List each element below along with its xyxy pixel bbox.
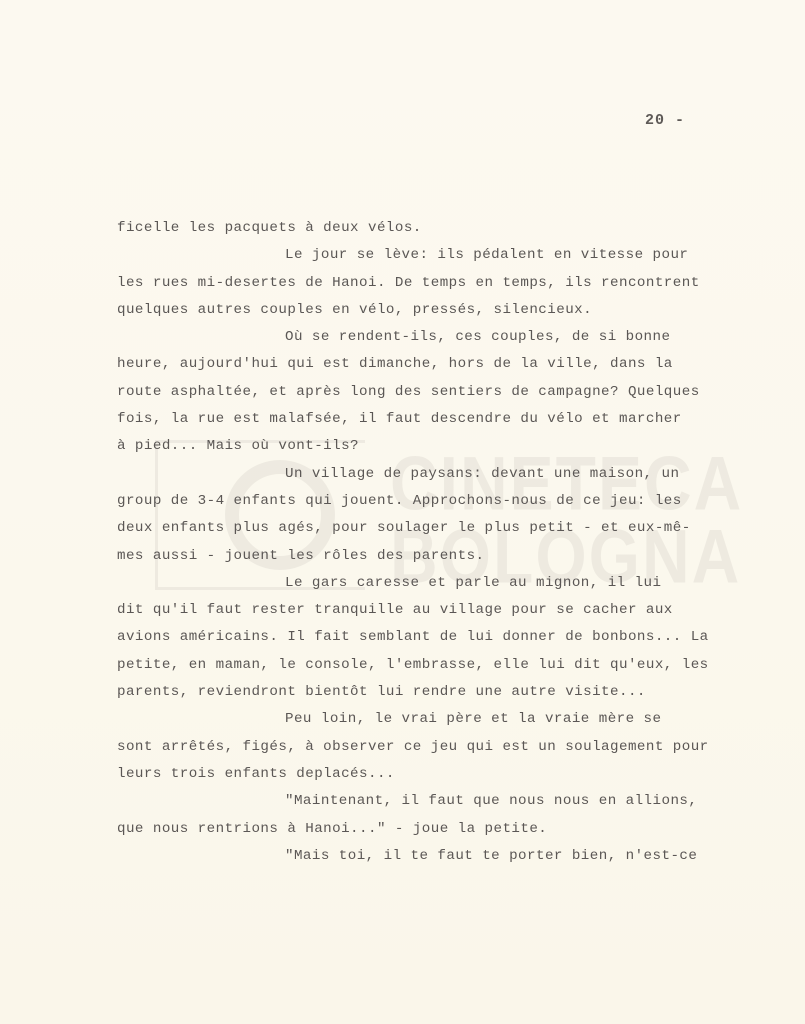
text-line: mes aussi - jouent les rôles des parents… xyxy=(117,543,757,570)
text-line: Le jour se lève: ils pédalent en vitesse… xyxy=(117,242,757,269)
text-line: ficelle les pacquets à deux vélos. xyxy=(117,215,757,242)
text-line: sont arrêtés, figés, à observer ce jeu q… xyxy=(117,734,757,761)
text-line: parents, reviendront bientôt lui rendre … xyxy=(117,679,757,706)
text-line: Le gars caresse et parle au mignon, il l… xyxy=(117,570,757,597)
text-line: heure, aujourd'hui qui est dimanche, hor… xyxy=(117,351,757,378)
text-line: group de 3-4 enfants qui jouent. Approch… xyxy=(117,488,757,515)
text-line: les rues mi-desertes de Hanoi. De temps … xyxy=(117,270,757,297)
text-line: petite, en maman, le console, l'embrasse… xyxy=(117,652,757,679)
body-text: ficelle les pacquets à deux vélos. Le jo… xyxy=(117,215,757,870)
text-line: avions américains. Il fait semblant de l… xyxy=(117,624,757,651)
text-line: que nous rentrions à Hanoi..." - joue la… xyxy=(117,816,757,843)
text-line: deux enfants plus agés, pour soulager le… xyxy=(117,515,757,542)
text-line: dit qu'il faut rester tranquille au vill… xyxy=(117,597,757,624)
text-line: fois, la rue est malafsée, il faut desce… xyxy=(117,406,757,433)
page-number: 20 - xyxy=(645,112,685,129)
text-line: "Mais toi, il te faut te porter bien, n'… xyxy=(117,843,757,870)
text-line: quelques autres couples en vélo, pressés… xyxy=(117,297,757,324)
typewritten-page: 20 - CINETECA BOLOGNA ficelle les pacque… xyxy=(0,0,805,1024)
text-line: Où se rendent-ils, ces couples, de si bo… xyxy=(117,324,757,351)
text-line: Un village de paysans: devant une maison… xyxy=(117,461,757,488)
text-line: "Maintenant, il faut que nous nous en al… xyxy=(117,788,757,815)
text-line: route asphaltée, et après long des senti… xyxy=(117,379,757,406)
text-line: Peu loin, le vrai père et la vraie mère … xyxy=(117,706,757,733)
text-line: à pied... Mais où vont-ils? xyxy=(117,433,757,460)
text-line: leurs trois enfants deplacés... xyxy=(117,761,757,788)
